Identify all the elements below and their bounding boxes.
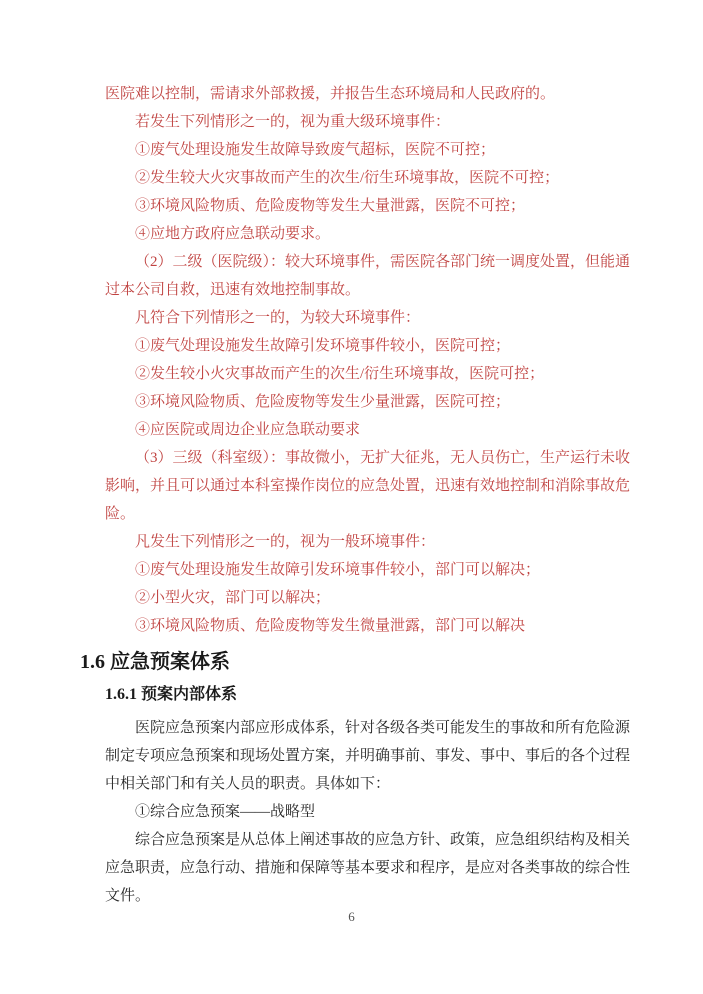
list-item: ④应地方政府应急联动要求。 — [105, 220, 630, 248]
list-item: ①废气处理设施发生故障引发环境事件较小，医院可控； — [105, 332, 630, 360]
list-item: ②发生较大火灾事故而产生的次生/衍生环境事故，医院不可控； — [105, 164, 630, 192]
section-heading-1-6: 1.6 应急预案体系 — [80, 646, 630, 678]
paragraph: 综合应急预案是从总体上阐述事故的应急方针、政策，应急组织结构及相关应急职责，应急… — [105, 826, 630, 910]
list-item: ②发生较小火灾事故而产生的次生/衍生环境事故，医院可控； — [105, 360, 630, 388]
paragraph: 凡符合下列情形之一的，为较大环境事件： — [105, 304, 630, 332]
paragraph-level-3: （3）三级（科室级）：事故微小，无扩大征兆，无人员伤亡，生产运行未收影响，并且可… — [105, 444, 630, 528]
list-item: ③环境风险物质、危险废物等发生少量泄露，医院可控； — [105, 388, 630, 416]
paragraph-continuation: 医院难以控制，需请求外部救援，并报告生态环境局和人民政府的。 — [105, 80, 630, 108]
list-item: ②小型火灾，部门可以解决； — [105, 584, 630, 612]
paragraph: 若发生下列情形之一的，视为重大级环境事件： — [105, 108, 630, 136]
list-item: ①综合应急预案——战略型 — [105, 798, 630, 826]
paragraph: 医院应急预案内部应形成体系，针对各级各类可能发生的事故和所有危险源制定专项应急预… — [105, 714, 630, 798]
list-item: ④应医院或周边企业应急联动要求 — [105, 416, 630, 444]
paragraph: 凡发生下列情形之一的，视为一般环境事件： — [105, 528, 630, 556]
page-number: 6 — [0, 908, 703, 926]
subsection-heading-1-6-1: 1.6.1 预案内部体系 — [105, 680, 630, 710]
list-item: ③环境风险物质、危险废物等发生微量泄露，部门可以解决 — [105, 612, 630, 640]
list-item: ①废气处理设施发生故障引发环境事件较小，部门可以解决； — [105, 556, 630, 584]
paragraph-level-2: （2）二级（医院级）：较大环境事件，需医院各部门统一调度处置，但能通过本公司自救… — [105, 248, 630, 304]
list-item: ①废气处理设施发生故障导致废气超标，医院不可控； — [105, 136, 630, 164]
list-item: ③环境风险物质、危险废物等发生大量泄露，医院不可控； — [105, 192, 630, 220]
document-page: 医院难以控制，需请求外部救援，并报告生态环境局和人民政府的。 若发生下列情形之一… — [0, 0, 703, 994]
